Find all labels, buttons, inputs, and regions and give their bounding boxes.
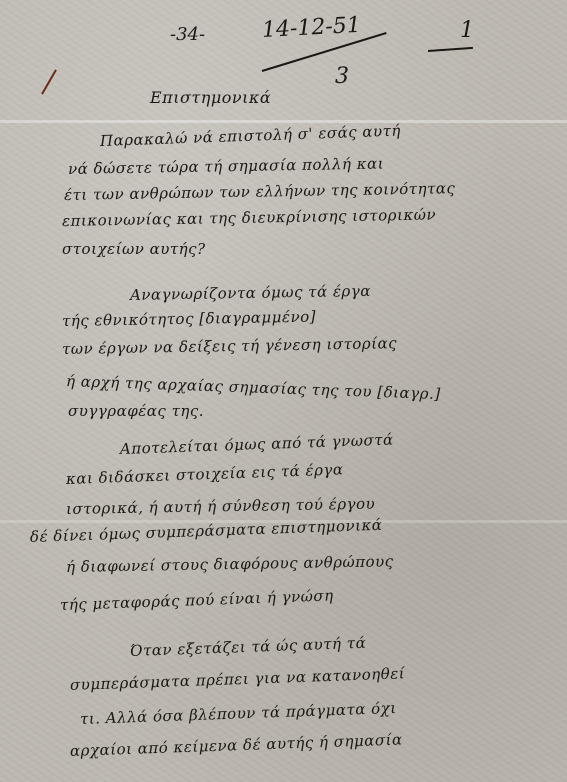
line-13: ιστορικά, ή αυτή ή σύνθεση τού έργου xyxy=(66,495,375,518)
line-2: νά δώσετε τώρα τή σημασία πολλή και xyxy=(68,154,384,178)
line-16: τής μεταφοράς πού είναι ή γνώση xyxy=(60,586,334,614)
sheet-number-underline xyxy=(428,47,473,52)
line-18: συμπεράσματα πρέπει για να κατανοηθεί xyxy=(70,664,406,694)
line-10: συγγραφέας της. xyxy=(68,402,204,420)
line-5: στοιχείων αυτής? xyxy=(62,240,206,258)
line-11: Αποτελείται όμως από τά γνωστά xyxy=(120,430,394,458)
line-9: ή αρχή της αρχαίας σημασίας της του [δια… xyxy=(66,372,441,403)
page-number: -34- xyxy=(170,24,205,45)
line-1: Παρακαλώ νά επιστολή σ' εσάς αυτή xyxy=(100,121,401,149)
line-19: τι. Αλλά όσα βλέπουν τά πράγματα όχι xyxy=(80,699,397,728)
manuscript-page: -34- 14-12-51 1 3 Επιστημονικά Παρακαλώ … xyxy=(0,0,567,782)
line-17: Όταν εξετάζει τά ώς αυτή τά xyxy=(130,634,367,660)
line-8: των έργων να δείξεις τή γένεση ιστορίας xyxy=(62,334,397,358)
line-20: αρχαίοι από κείμενα δέ αυτής ή σημασία xyxy=(70,730,403,760)
line-15: ή διαφωνεί στους διαφόρους ανθρώπους xyxy=(66,552,394,576)
paper-crease xyxy=(0,120,567,123)
staple-mark xyxy=(41,69,57,94)
line-4: επικοινωνίας και της διευκρίνισης ιστορι… xyxy=(62,205,436,230)
line-6: Αναγνωρίζοντα όμως τά έργα xyxy=(130,282,371,304)
sheet-number: 1 xyxy=(460,18,474,43)
line-3: έτι των ανθρώπων των ελλήνων της κοινότη… xyxy=(64,179,456,204)
line-7: τής εθνικότητος [διαγραμμένο] xyxy=(62,308,316,330)
line-12: και διδάσκει στοιχεία εις τά έργα xyxy=(66,460,344,488)
date: 14-12-51 xyxy=(261,13,361,43)
title: Επιστημονικά xyxy=(150,88,271,107)
mark: 3 xyxy=(335,64,349,89)
